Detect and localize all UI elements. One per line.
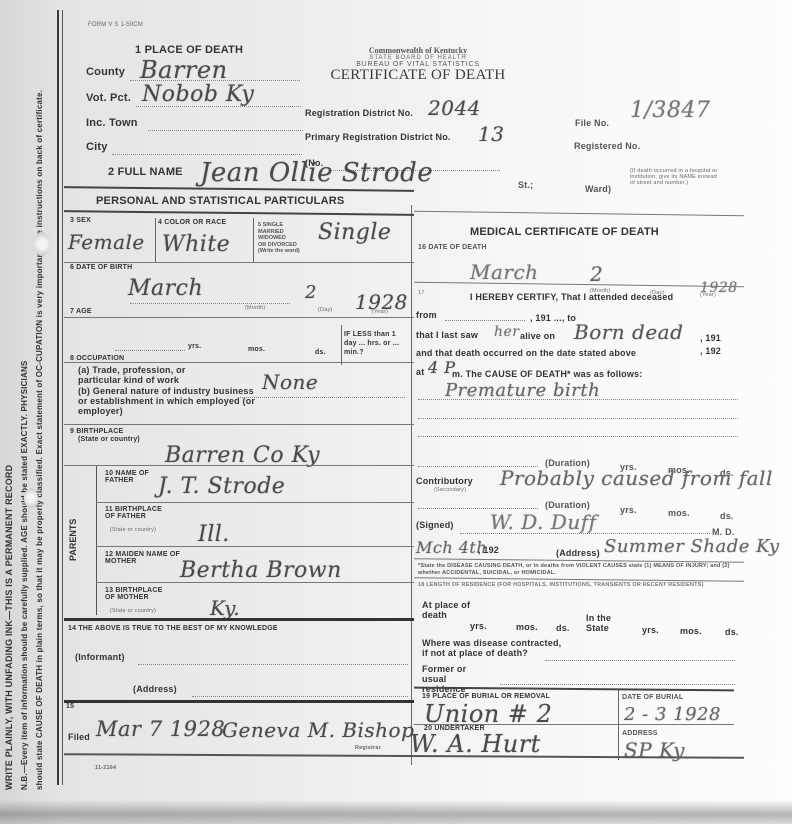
in-state-yrs: yrs. — [642, 625, 659, 635]
dob-label: 6 DATE OF BIRTH — [70, 264, 132, 271]
rule — [64, 362, 414, 363]
rule — [64, 465, 414, 466]
rule — [414, 211, 744, 217]
residence-label: 18 LENGTH OF RESIDENCE (FOR HOSPITALS, I… — [418, 582, 738, 589]
duration-label-2: (Duration) — [545, 500, 590, 510]
time-suffix: m. The CAUSE OF DEATH* was as follows: — [452, 369, 642, 379]
county-value: Barren — [140, 56, 228, 84]
county-label: County — [86, 66, 125, 78]
center-divider — [411, 205, 412, 765]
informant-address-line — [192, 696, 408, 697]
rule — [64, 618, 414, 621]
rule — [64, 700, 414, 703]
mother-maiden-label: 12 MAIDEN NAME OF MOTHER — [105, 551, 180, 565]
death-month: March — [470, 260, 539, 284]
father-name-value: J. T. Strode — [158, 474, 285, 499]
father-birthplace-label: 11 BIRTHPLACE OF FATHER — [105, 506, 170, 520]
cause-line — [418, 436, 738, 437]
last-saw-prefix: that I last saw — [416, 330, 478, 340]
sex-label: 3 SEX — [70, 217, 91, 224]
registrar-signature: Geneva M. Bishop — [222, 718, 414, 742]
commonwealth-title: Commonwealth of Kentucky — [318, 46, 518, 55]
last-saw-year: , 191 — [700, 333, 721, 343]
certificate-title: CERTIFICATE OF DEATH — [318, 67, 518, 84]
race-label: 4 COLOR OR RACE — [158, 219, 226, 226]
medical-section-title: MEDICAL CERTIFICATE OF DEATH — [470, 226, 659, 238]
personal-section-title: PERSONAL AND STATISTICAL PARTICULARS — [96, 195, 344, 207]
form-code-bottom: 11-2164 — [95, 765, 116, 771]
inc-town-label: Inc. Town — [86, 117, 138, 129]
rule — [414, 282, 744, 288]
vot-pct-label: Vot. Pct. — [86, 92, 131, 104]
file-no-label: File No. — [575, 118, 609, 128]
margin-line-3: should state CAUSE OF DEATH in plain ter… — [35, 30, 51, 790]
marital-status-label: 5 SINGLE MARRIED WIDOWED OR DIVORCED (Wr… — [258, 222, 300, 255]
mother-birthplace-value: Ky. — [210, 596, 240, 620]
undertaker-address-label: ADDRESS — [622, 730, 658, 737]
cause-line — [418, 418, 738, 419]
father-birthplace-value: Ill. — [198, 522, 230, 547]
rule — [64, 317, 414, 318]
age-ds: ds. — [315, 349, 326, 356]
filed-date-value: Mar 7 1928 — [96, 717, 225, 741]
from-line — [445, 320, 525, 321]
at-place-yrs: yrs. — [470, 621, 487, 631]
rule — [64, 424, 414, 425]
occupation-a: (a) Trade, profession, or particular kin… — [78, 365, 228, 385]
margin-line-1: WRITE PLAINLY, WITH UNFADING INK—THIS IS… — [4, 30, 20, 790]
last-saw-pronoun: her — [494, 324, 520, 340]
sex-value: Female — [68, 230, 145, 254]
occurred-year: , 192 — [700, 346, 721, 356]
father-birthplace-sub: (State or country) — [110, 527, 156, 533]
from-label: from — [416, 310, 437, 320]
undertaker-address-value: SP Ky — [624, 738, 685, 762]
from-suffix: , 191 ..., to — [530, 313, 576, 323]
birthplace-sub: (State or country) — [78, 436, 140, 443]
signed-date-value: Mch 4th — [416, 538, 487, 557]
informant-line — [138, 664, 408, 665]
rule — [64, 262, 414, 263]
dob-day-caption: (Day) — [318, 307, 332, 313]
parents-section-label: PARENTS — [68, 470, 88, 610]
dob-day: 2 — [305, 282, 317, 303]
occurred-text: and that death occurred on the date stat… — [416, 348, 636, 358]
certify-text: I HEREBY CERTIFY, That I attended deceas… — [470, 292, 673, 302]
primary-registration-value: 13 — [478, 122, 504, 146]
occupation-label: 8 OCCUPATION — [70, 355, 124, 362]
age-label: 7 AGE — [70, 308, 92, 315]
race-marital-divider — [253, 218, 254, 263]
registrar-label: Registrar — [355, 745, 381, 751]
informant-address-label: (Address) — [133, 684, 177, 694]
last-saw-value: Born dead — [574, 320, 683, 344]
filed-number: 15 — [66, 703, 74, 710]
full-name-label: 2 FULL NAME — [108, 166, 183, 178]
form-number: FORM V S 1-50CM — [88, 22, 143, 28]
vot-pct-value: Nobob Ky — [142, 82, 254, 107]
cause-footnote: *State the DISEASE CAUSING DEATH, or in … — [418, 563, 738, 577]
dob-year-caption: (Year) — [372, 309, 388, 315]
signed-label: (Signed) — [416, 520, 454, 530]
left-border-inner — [62, 10, 63, 785]
inc-town-line — [148, 130, 303, 131]
occupation-line — [240, 397, 405, 398]
rule — [96, 546, 414, 547]
certify-number: 17 — [418, 290, 425, 296]
hospital-note: (If death occurred in a hospital or inst… — [630, 168, 720, 186]
birthplace-label: 9 BIRTHPLACE — [70, 428, 123, 435]
filed-label: Filed — [68, 732, 90, 742]
race-value: White — [162, 232, 230, 257]
punch-hole — [24, 488, 38, 508]
signed-line — [460, 533, 710, 534]
undertaker-value: W. A. Hurt — [410, 730, 541, 758]
registration-district-value: 2044 — [428, 96, 481, 120]
last-saw-mid: alive on — [520, 331, 555, 341]
father-name-label: 10 NAME OF FATHER — [105, 470, 160, 484]
duration-line — [418, 508, 538, 509]
physician-address-label: (Address) — [556, 548, 600, 558]
marital-value: Single — [318, 220, 391, 245]
informant-statement: 14 THE ABOVE IS TRUE TO THE BEST OF MY K… — [68, 625, 278, 632]
occupation-b: (b) General nature of industry business … — [78, 386, 258, 416]
burial-date-value: 2 - 3 1928 — [624, 704, 721, 725]
signed-value: W. D. Duff — [490, 510, 597, 534]
duration-ds-2: ds. — [720, 511, 734, 521]
where-contracted-label: Where was disease contracted, if not at … — [422, 638, 562, 658]
mother-birthplace-sub: (State or country) — [110, 608, 156, 614]
full-name-value: Jean Ollie Strode — [200, 158, 433, 188]
registration-district-label: Registration District No. — [305, 108, 413, 118]
punch-hole — [34, 232, 50, 256]
certificate-header: Commonwealth of Kentucky STATE BOARD OF … — [318, 46, 518, 84]
age-divider — [341, 325, 342, 365]
ward-label: Ward) — [585, 184, 611, 194]
left-border — [57, 10, 59, 785]
informant-label: (Informant) — [75, 652, 125, 662]
burial-divider — [618, 690, 619, 760]
file-no-value: 1/3847 — [630, 98, 710, 123]
rule — [64, 210, 414, 216]
age-yrs-line — [115, 350, 185, 351]
in-state-mos: mos. — [680, 626, 702, 636]
burial-place-label: 19 PLACE OF BURIAL OR REMOVAL — [422, 693, 550, 700]
at-place-mos: mos. — [516, 622, 538, 632]
margin-instructions: WRITE PLAINLY, WITH UNFADING INK—THIS IS… — [2, 30, 54, 790]
death-certificate-scan: WRITE PLAINLY, WITH UNFADING INK—THIS IS… — [0, 0, 792, 824]
where-contracted-line — [545, 660, 735, 661]
mother-birthplace-label: 13 BIRTHPLACE OF MOTHER — [105, 587, 170, 601]
city-label: City — [86, 141, 108, 153]
in-state-ds: ds. — [725, 627, 739, 637]
former-residence-line — [500, 684, 735, 685]
duration-yrs-2: yrs. — [620, 505, 637, 515]
death-day: 2 — [590, 262, 603, 286]
contributory-label: Contributory — [416, 476, 473, 486]
place-of-death-label: 1 PLACE OF DEATH — [135, 44, 243, 56]
contributory-value: Probably caused from fall — [500, 466, 773, 490]
st-label: St.; — [518, 180, 533, 190]
primary-registration-label: Primary Registration District No. — [305, 132, 451, 142]
rule — [96, 582, 414, 583]
dob-month-caption: (Month) — [245, 305, 265, 311]
duration-mos-2: mos. — [668, 508, 690, 518]
at-place-label: At place of death — [422, 600, 482, 620]
contributory-sub: (Secondary) — [434, 487, 466, 493]
rule — [96, 502, 414, 503]
dob-line — [130, 303, 290, 304]
less-than-day: IF LESS than 1 day ... hrs. or ... min.? — [344, 330, 408, 357]
dob-month: March — [128, 276, 203, 301]
death-year-caption: (Year) — [700, 292, 716, 298]
age-yrs: yrs. — [188, 343, 201, 350]
signed-year-label: , 192 — [478, 545, 499, 555]
physician-address-value: Summer Shade Ky — [604, 536, 780, 557]
registered-no-label: Registered No. — [574, 141, 640, 151]
city-line — [112, 154, 302, 155]
in-state-label: In the State — [586, 613, 626, 633]
scan-shadow — [0, 800, 792, 824]
occupation-value: None — [262, 370, 318, 394]
at-place-ds: ds. — [556, 623, 570, 633]
burial-date-label: DATE OF BURIAL — [622, 694, 683, 701]
date-of-death-label: 16 DATE OF DEATH — [418, 244, 487, 251]
age-mos: mos. — [248, 346, 265, 353]
margin-line-2: N.B.—Every item of information should be… — [20, 30, 36, 790]
marital-option: (Write the word) — [258, 248, 300, 255]
cause-line — [418, 399, 738, 400]
parents-divider — [96, 465, 97, 615]
former-residence-label: Former or usual residence — [422, 664, 492, 694]
cause-value: Premature birth — [445, 380, 600, 401]
mother-maiden-value: Bertha Brown — [180, 558, 342, 583]
at-label: at — [416, 367, 424, 377]
sex-race-divider — [155, 218, 156, 263]
